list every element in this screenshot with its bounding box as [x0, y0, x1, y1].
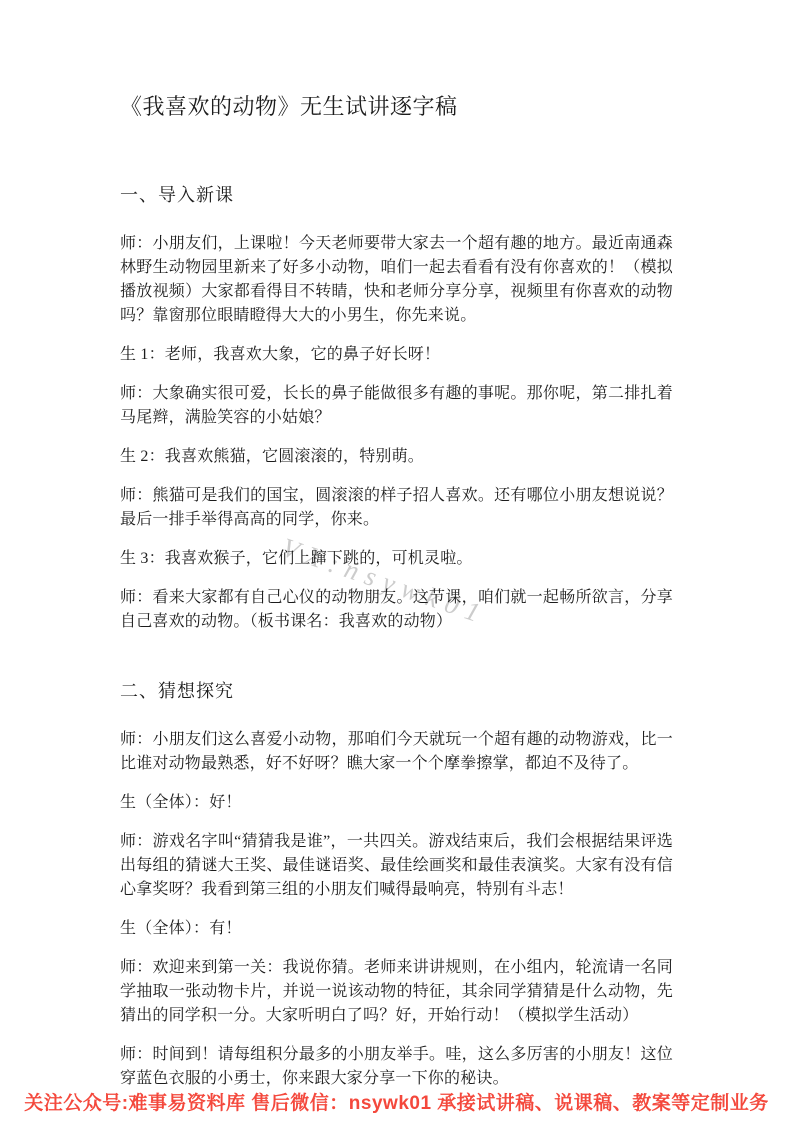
section-lead-in: 一、导入新课 师：小朋友们，上课啦！今天老师要带大家去一个超有趣的地方。最近南通…: [120, 182, 673, 634]
paragraph-teacher: 师：大象确实很可爱，长长的鼻子能做很多有趣的事呢。那你呢，第二排扎着马尾辫，满脸…: [120, 382, 673, 430]
section-guess-explore: 二、猜想探究 师：小朋友们这么喜爱小动物，那咱们今天就玩一个超有趣的动物游戏，比…: [120, 678, 673, 1091]
paragraph-students-all: 生（全体）：有！: [120, 917, 673, 941]
paragraph-teacher: 师：熊猫可是我们的国宝，圆滚滚的样子招人喜欢。还有哪位小朋友想说说？最后一排手举…: [120, 484, 673, 532]
document-page: VX:nsywk01 《我喜欢的动物》无生试讲逐字稿 一、导入新课 师：小朋友们…: [0, 0, 793, 1122]
paragraph-teacher: 师：时间到！请每组积分最多的小朋友举手。哇，这么多厉害的小朋友！这位穿蓝色衣服的…: [120, 1043, 673, 1091]
paragraph-teacher: 师：小朋友们这么喜爱小动物，那咱们今天就玩一个超有趣的动物游戏，比一比谁对动物最…: [120, 728, 673, 776]
paragraph-teacher: 师：小朋友们，上课啦！今天老师要带大家去一个超有趣的地方。最近南通森林野生动物园…: [120, 232, 673, 328]
document-title: 《我喜欢的动物》无生试讲逐字稿: [120, 92, 673, 122]
paragraph-student-3: 生 3：我喜欢猴子，它们上蹿下跳的，可机灵啦。: [120, 547, 673, 571]
paragraph-teacher: 师：游戏名字叫“猜猜我是谁”，一共四关。游戏结束后，我们会根据结果评选出每组的猜…: [120, 830, 673, 902]
paragraph-teacher: 师：看来大家都有自己心仪的动物朋友。这节课，咱们就一起畅所欲言，分享自己喜欢的动…: [120, 586, 673, 634]
section-heading-lead-in: 一、导入新课: [120, 182, 673, 208]
document-body: 《我喜欢的动物》无生试讲逐字稿 一、导入新课 师：小朋友们，上课啦！今天老师要带…: [120, 92, 673, 1106]
paragraph-students-all: 生（全体）：好！: [120, 791, 673, 815]
section-heading-guess-explore: 二、猜想探究: [120, 678, 673, 704]
paragraph-teacher: 师：欢迎来到第一关：我说你猜。老师来讲讲规则，在小组内，轮流请一名同学抽取一张动…: [120, 956, 673, 1028]
footer-promo-banner: 关注公众号:难事易资料库 售后微信：nsywk01 承接试讲稿、说课稿、教案等定…: [0, 1088, 793, 1115]
paragraph-student-1: 生 1：老师，我喜欢大象，它的鼻子好长呀！: [120, 343, 673, 367]
paragraph-student-2: 生 2：我喜欢熊猫，它圆滚滚的，特别萌。: [120, 445, 673, 469]
